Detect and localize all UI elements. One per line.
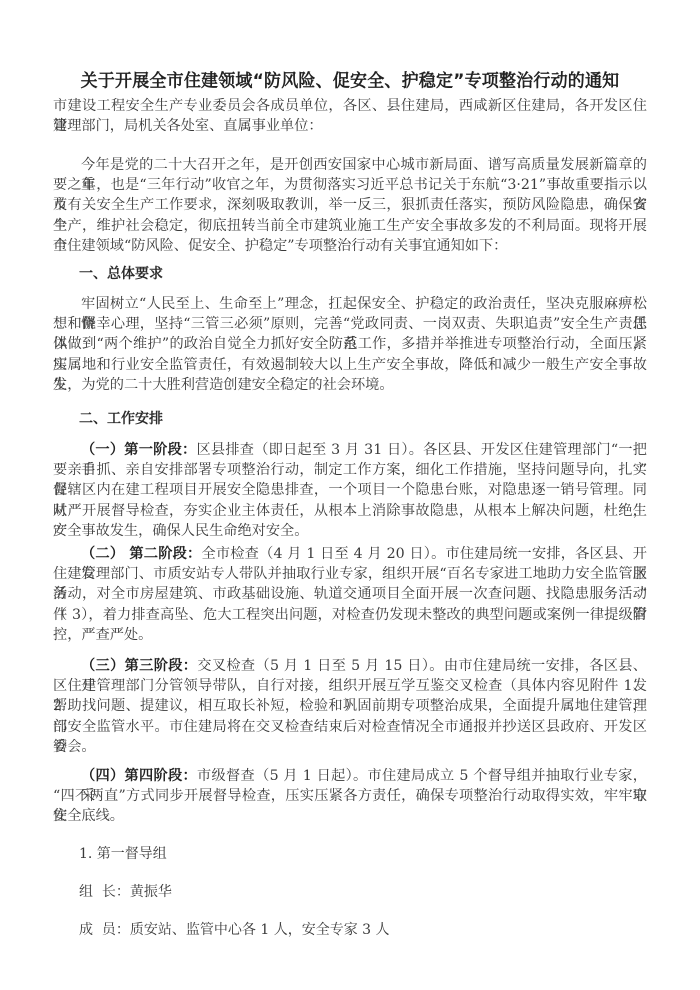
members-value: 质安站、监管中心各 1 人，安全专家 3 人: [130, 922, 390, 938]
paragraph-line: 促辖区内在建工程项目开展安全隐患排查，一个项目一个隐患台账，对隐患逐一销号管理。…: [53, 480, 647, 500]
paragraph-line: “四不两直”方式同步开展督导检查，压实压紧各方责任，确保专项整治行动取得实效，牢…: [53, 786, 647, 806]
paragraph-line: 住建管理部门、市质安站专人带队并抽取行业专家，组织开展“百名专家进工地助力安全监…: [53, 564, 647, 584]
paragraph-line: 活动，对全市房屋建筑、市政基础设施、轨道交通项目全面开展一次查问题、找隐患服务活…: [53, 584, 647, 604]
phase-3-paragraph: （三）第三阶段：交叉检查（5 月 1 日至 5 月 15 日）。由市住建局统一安…: [53, 656, 647, 757]
paragraph-line: 帮助找问题、提建议，相互取长补短，检验和巩固前期专项整治成果，全面提升属地住建管…: [53, 696, 647, 716]
paragraph-line: （四）第四阶段：市级督查（5 月 1 日起）。市住建局成立 5 个督导组并抽取行…: [53, 766, 647, 786]
paragraph-line: （三）第三阶段：交叉检查（5 月 1 日至 5 月 15 日）。由市住建局统一安…: [53, 656, 647, 676]
paragraph-line: 门安全监管水平。市住建局将在交叉检查结束后对检查情况全市通报并抄送区县政府、开发…: [53, 717, 647, 737]
paragraph-line: 以做到“两个维护”的政治自觉全力抓好安全防范工作，多措并举推进专项整治行动，全面…: [53, 334, 647, 354]
group-1-title: 1. 第一督导组: [79, 843, 167, 863]
addressee-line: 管理部门，局机关各处室、直属事业单位：: [53, 116, 647, 136]
paragraph-line: 实属地和行业安全监管责任，有效遏制较大以上生产安全事故，降低和减少一般生产安全事…: [53, 355, 647, 375]
paragraph-line: （一）第一阶段：区县排查（即日起至 3 月 31 日）。各区县、开发区住建管理部…: [53, 440, 647, 460]
paragraph-line: 安全底线。: [53, 806, 647, 826]
document-title: 关于开展全市住建领域“防风险、促安全、护稳定”专项整治行动的通知: [0, 65, 700, 91]
group-1-leader: 组 长：黄振华: [79, 881, 172, 901]
paragraph-line: 委会。: [53, 737, 647, 757]
paragraph-line: 牢固树立“人民至上、生命至上”理念，扛起保安全、护稳定的政治责任，坚决克服麻痹松…: [53, 294, 647, 314]
paragraph-line: 生产，维护社会稳定，彻底扭转当前全市建筑业施工生产安全事故多发的不利局面。现将开…: [53, 216, 647, 236]
paragraph-line: 市住建领域“防风险、促安全、护稳定”专项整治行动有关事宜通知如下：: [53, 236, 647, 256]
paragraph-line: （二） 第二阶段：全市检查（4 月 1 日至 4 月 20 日）。市住建局统一安…: [53, 544, 647, 564]
document-page: 关于开展全市住建领域“防风险、促安全、护稳定”专项整治行动的通知 市建设工程安全…: [0, 0, 700, 990]
paragraph-line: 控，严查严处。: [53, 625, 647, 645]
paragraph-line: 区住建管理部门分管领导带队，自行对接，组织开展互学互鉴交叉检查（具体内容见附件 …: [53, 676, 647, 696]
addressee-line: 市建设工程安全生产专业委员会各成员单位，各区、县住建局，西咸新区住建局，各开发区…: [53, 96, 647, 116]
paragraph-line: 安全事故发生，确保人民生命绝对安全。: [53, 521, 647, 541]
paragraph-line: 要亲自抓、亲自安排部署专项整治行动，制定工作方案，细化工作措施，坚持问题导向，扎…: [53, 460, 647, 480]
phase-label: （三）第三阶段：: [81, 658, 197, 674]
phase-label: （一）第一阶段：: [81, 442, 197, 458]
leader-name: 黄振华: [130, 884, 172, 900]
group-1-members: 成 员：质安站、监管中心各 1 人，安全专家 3 人: [79, 919, 390, 939]
paragraph-line: 从严开展督导检查，夯实企业主体责任，从根本上消除事故隐患，从根本上解决问题，杜绝…: [53, 501, 647, 521]
members-label: 成 员：: [79, 922, 130, 938]
paragraph-line: 生，为党的二十大胜利营造创建安全稳定的社会环境。: [53, 375, 647, 395]
paragraph-line: 要之年，也是“三年行动”收官之年，为贯彻落实习近平总书记关于东航“3·21”事故…: [53, 175, 647, 195]
phase-2-paragraph: （二） 第二阶段：全市检查（4 月 1 日至 4 月 20 日）。市住建局统一安…: [53, 544, 647, 645]
phase-label: （四）第四阶段：: [81, 768, 197, 784]
section-heading-work-arrangement: 二、工作安排: [79, 408, 163, 428]
paragraph-line: 件 3），着力排查高坠、危大工程突出问题，对检查仍发现未整改的典型问题或案例一律…: [53, 605, 647, 625]
phase-4-paragraph: （四）第四阶段：市级督查（5 月 1 日起）。市住建局成立 5 个督导组并抽取行…: [53, 766, 647, 827]
leader-label: 组 长：: [79, 884, 130, 900]
paragraph-line: 今年是党的二十大召开之年，是开创西安国家中心城市新局面、谱写高质量发展新篇章的重: [53, 155, 647, 175]
phase-1-paragraph: （一）第一阶段：区县排查（即日起至 3 月 31 日）。各区县、开发区住建管理部…: [53, 440, 647, 541]
intro-paragraph: 今年是党的二十大召开之年，是开创西安国家中心城市新局面、谱写高质量发展新篇章的重…: [53, 155, 647, 256]
paragraph-line: 市有关安全生产工作要求，深刻吸取教训，举一反三，狠抓责任落实，预防风险隐患，确保…: [53, 195, 647, 215]
addressee: 市建设工程安全生产专业委员会各成员单位，各区、县住建局，西咸新区住建局，各开发区…: [53, 96, 647, 136]
section-heading-general-requirements: 一、总体要求: [79, 263, 163, 283]
general-requirements-paragraph: 牢固树立“人民至上、生命至上”理念，扛起保安全、护稳定的政治责任，坚决克服麻痹松…: [53, 294, 647, 395]
phase-label: （二） 第二阶段：: [81, 546, 201, 562]
paragraph-line: 想和侥幸心理，坚持“三管三必须”原则，完善“党政同责、一岗双责、失职追责”安全生…: [53, 314, 647, 334]
